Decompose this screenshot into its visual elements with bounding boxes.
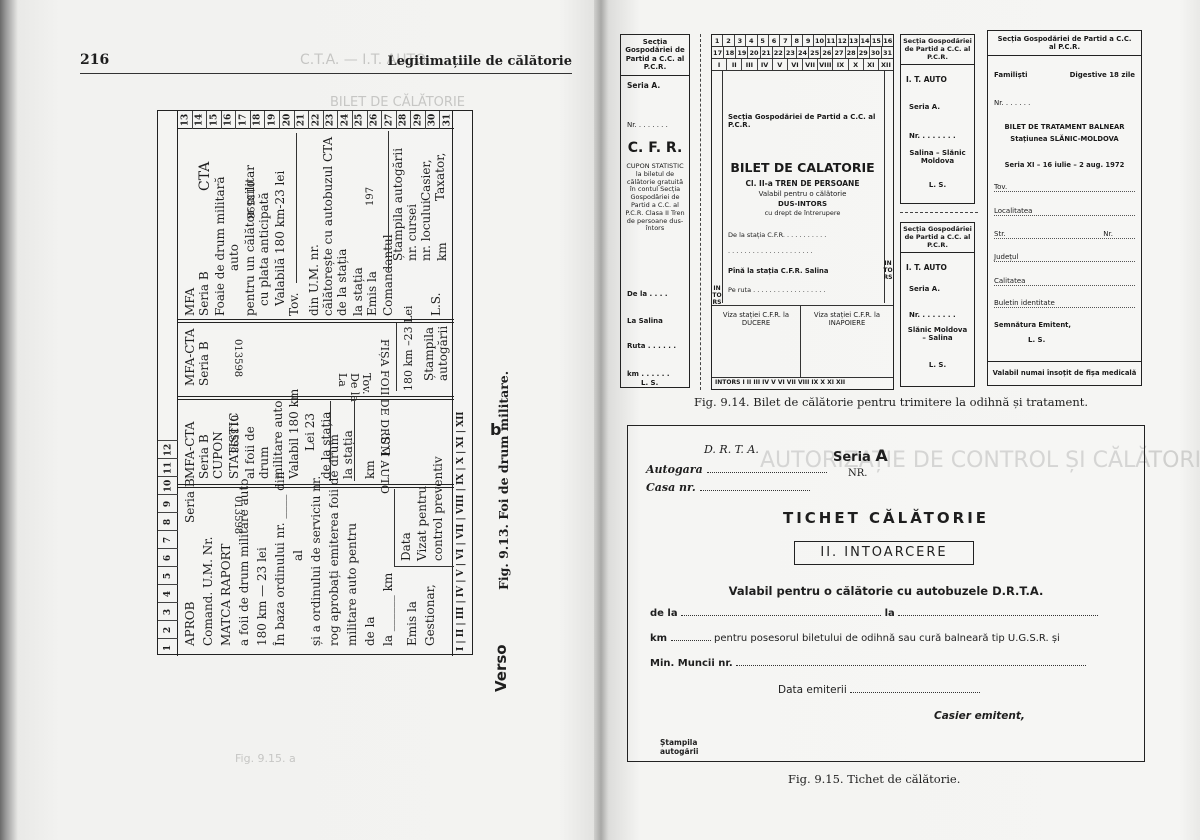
it-auto-ticket-return: Secția Gospodăriei de Partid a C.C. al P… [900, 222, 975, 387]
it-auto-ticket-outbound: Secția Gospodăriei de Partid a C.C. al P… [900, 34, 975, 204]
tichet-title: TICHET CĂLĂTORIE [628, 509, 1144, 527]
stamp-label: Ștampila autogării [660, 738, 710, 756]
cfr-coupon-ticket: Secția Gospodăriei de Partid a C.C. al P… [620, 34, 690, 388]
calendar-grid: 12345678910111213141516 1718192021222324… [712, 35, 893, 71]
chapter-title: Legitimațiile de călătorie [387, 54, 572, 69]
figure-caption-9-15: Fig. 9.15. Tichet de călătorie. [788, 772, 960, 786]
perforation-line [900, 212, 978, 213]
book-spread: C.T.A. — I.T. AUTO BILET DE CĂLĂTORIE AU… [0, 0, 1200, 840]
viza-inapoiere: Viza stației C.F.R. la INAPOIERE [802, 311, 892, 327]
page-number: 216 [80, 52, 109, 68]
military-travel-form: 1 2 3 4 5 6 7 8 9 10 11 12 13 14 15 16 1… [157, 110, 473, 655]
validity-note: Valabil numai însoțit de fișa medicală [988, 369, 1141, 377]
direction-box: II. INTOARCERE [794, 541, 974, 565]
field-calitatea: Calitatea [994, 277, 1135, 286]
tichet-calatorie: D. R. T. A. Autogara Casa nr. Seria A NR… [627, 425, 1145, 762]
side-label-intors-left: INTORS [712, 285, 722, 307]
series-label: Seria A [833, 446, 888, 465]
ticket-title: BILET DE CALATORIE [722, 160, 883, 175]
field-localitatea: Localitatea [994, 207, 1135, 216]
field-judetul: Județul [994, 253, 1135, 262]
day-number-strip: 1 2 3 4 5 6 7 8 9 10 11 12 [158, 111, 178, 656]
verso-label: Verso [492, 644, 510, 692]
bilet-tratament-balnear: Secția Gospodăriei de Partid a C.C. al P… [987, 30, 1142, 386]
casier-emitent: Casier emitent, [934, 710, 1025, 722]
viza-ducere: Viza stației C.F.R. la DUCERE [714, 311, 798, 327]
book-gutter [594, 0, 608, 840]
figure-caption: Fig. 9.13. Foi de drum militare. [496, 371, 511, 590]
running-head: 216 Legitimațiile de călătorie [80, 50, 572, 74]
validity-line: Valabil pentru o călătorie cu autobuzele… [628, 584, 1144, 598]
bilet-de-calatorie-ticket: 12345678910111213141516 1718192021222324… [711, 34, 894, 390]
month-numeral-strip: I | II | III | IV | V | VI | VII | VIII … [452, 111, 472, 656]
perforation-line [700, 34, 701, 390]
figure-caption-9-14: Fig. 9.14. Bilet de călătorie pentru tri… [694, 395, 1088, 409]
day-number-row: 13 14 15 16 17 18 19 20 21 22 23 24 25 2… [178, 111, 454, 129]
side-label-intors-right: INTORS [883, 260, 893, 282]
field-str: Str.Nr. [994, 230, 1135, 239]
field-tov: Tov. [994, 183, 1135, 192]
month-strip: INTORS I II III IV V VI VII VIII IX X XI… [715, 379, 845, 386]
section-divider [178, 396, 454, 400]
field-buletin: Buletin identitate [994, 299, 1135, 308]
